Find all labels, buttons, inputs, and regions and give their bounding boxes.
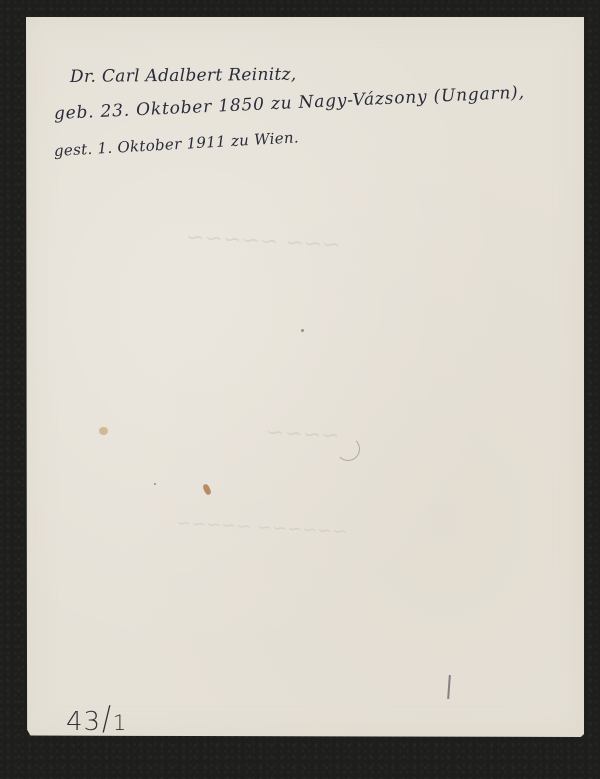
inventory-number-main: 43 [66, 707, 101, 737]
archival-card: ~~~ ~~~~~ ~~~~ ~~~~~~ ~~~~~ Dr. Carl Ada… [26, 17, 584, 737]
show-through-marks: ~~~~~~ ~~~~~ [176, 513, 348, 543]
inventory-number: 43/1 [66, 707, 127, 737]
show-through-marks: ~~~ ~~~~~ [185, 225, 341, 258]
faint-pencil-curve [336, 437, 360, 461]
handwritten-death-line: gest. 1. Oktober 1911 zu Wien. [53, 128, 299, 160]
dust-speck [154, 483, 156, 485]
inventory-number-separator: / [102, 701, 112, 739]
handwritten-name-line: Dr. Carl Adalbert Reinitz, [70, 65, 297, 87]
show-through-marks: ~~~~ [265, 420, 340, 449]
dust-speck [301, 329, 304, 332]
stain-spot [99, 427, 108, 435]
pencil-mark [447, 675, 450, 699]
stain-spot [202, 483, 212, 496]
handwritten-birth-line: geb. 23. Oktober 1850 zu Nagy-Vázsony (U… [54, 83, 526, 124]
inventory-number-sub: 1 [113, 711, 127, 735]
